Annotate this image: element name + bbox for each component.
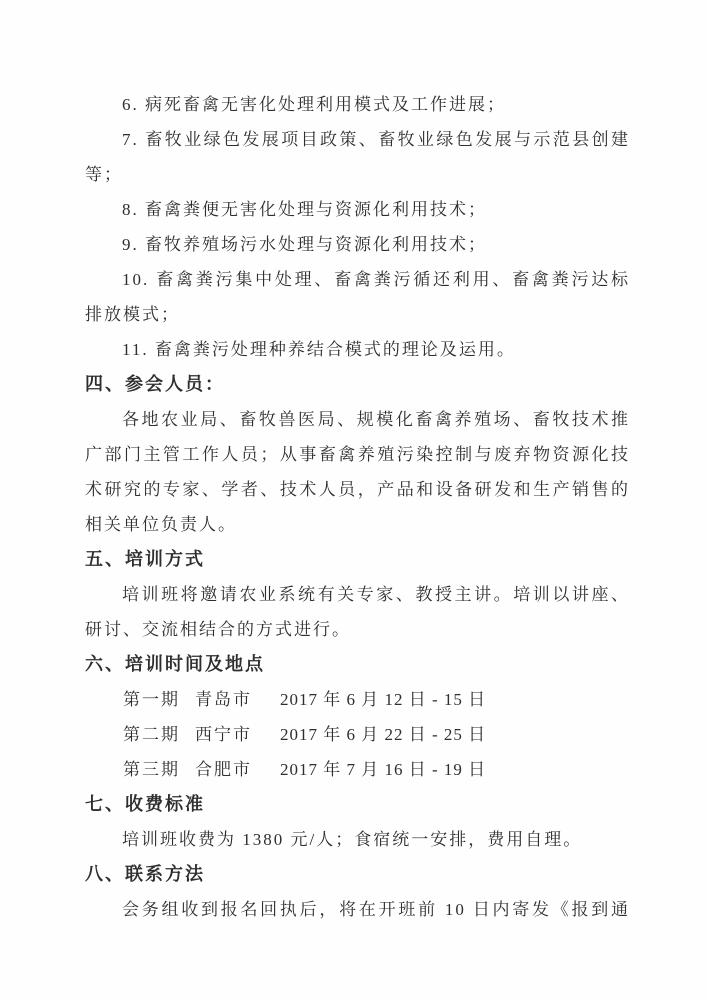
section-heading-contact: 八、联系方法 (85, 857, 630, 892)
schedule-city: 西宁市 (195, 717, 280, 752)
attendees-line-4: 相关单位负责人。 (85, 507, 630, 542)
schedule-row-3: 第三期 合肥市 2017 年 7 月 16 日 - 19 日 (85, 752, 630, 787)
schedule-session: 第三期 (123, 752, 195, 787)
section-heading-schedule: 六、培训时间及地点 (85, 647, 630, 682)
topic-item-10-line-2: 排放模式； (85, 297, 630, 332)
topic-item-10-line-1: 10. 畜禽粪污集中处理、畜禽粪污循还利用、畜禽粪污达标 (85, 262, 630, 297)
contact-line-1: 会务组收到报名回执后，将在开班前 10 日内寄发《报到通知 (85, 892, 630, 927)
topic-item-8: 8. 畜禽粪便无害化处理与资源化利用技术； (85, 192, 630, 227)
schedule-session: 第一期 (123, 682, 195, 717)
schedule-city: 合肥市 (195, 752, 280, 787)
schedule-dates: 2017 年 6 月 22 日 - 25 日 (280, 717, 630, 752)
fee-line-1: 培训班收费为 1380 元/人；食宿统一安排，费用自理。 (85, 822, 630, 857)
topic-item-7-line-1: 7. 畜牧业绿色发展项目政策、畜牧业绿色发展与示范县创建 (85, 122, 630, 157)
document-content: 6. 病死畜禽无害化处理利用模式及工作进展； 7. 畜牧业绿色发展项目政策、畜牧… (85, 87, 630, 927)
schedule-city: 青岛市 (195, 682, 280, 717)
method-line-2: 研讨、交流相结合的方式进行。 (85, 612, 630, 647)
schedule-row-2: 第二期 西宁市 2017 年 6 月 22 日 - 25 日 (85, 717, 630, 752)
scanned-document-page: 6. 病死畜禽无害化处理利用模式及工作进展； 7. 畜牧业绿色发展项目政策、畜牧… (0, 0, 707, 1000)
attendees-line-3: 术研究的专家、学者、技术人员，产品和设备研发和生产销售的 (85, 472, 630, 507)
topic-item-9: 9. 畜牧养殖场污水处理与资源化利用技术； (85, 227, 630, 262)
attendees-line-1: 各地农业局、畜牧兽医局、规模化畜禽养殖场、畜牧技术推 (85, 402, 630, 437)
schedule-dates: 2017 年 7 月 16 日 - 19 日 (280, 752, 630, 787)
topic-item-7-line-2: 等； (85, 157, 630, 192)
method-line-1: 培训班将邀请农业系统有关专家、教授主讲。培训以讲座、 (85, 577, 630, 612)
topic-item-6: 6. 病死畜禽无害化处理利用模式及工作进展； (85, 87, 630, 122)
section-heading-fee: 七、收费标准 (85, 787, 630, 822)
attendees-line-2: 广部门主管工作人员；从事畜禽养殖污染控制与废弃物资源化技 (85, 437, 630, 472)
section-heading-method: 五、培训方式 (85, 542, 630, 577)
schedule-row-1: 第一期 青岛市 2017 年 6 月 12 日 - 15 日 (85, 682, 630, 717)
topic-item-11: 11. 畜禽粪污处理种养结合模式的理论及运用。 (85, 332, 630, 367)
section-heading-attendees: 四、参会人员： (85, 367, 630, 402)
schedule-dates: 2017 年 6 月 12 日 - 15 日 (280, 682, 630, 717)
schedule-session: 第二期 (123, 717, 195, 752)
